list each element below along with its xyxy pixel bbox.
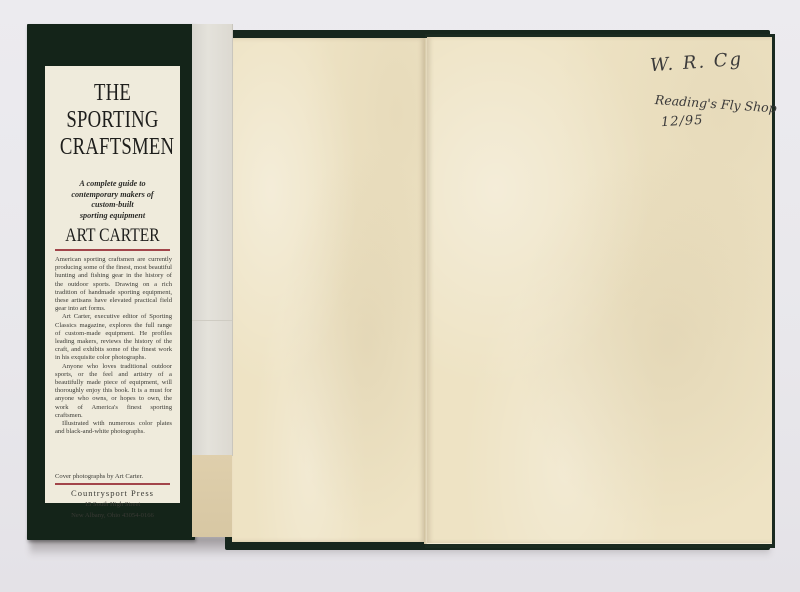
divider-rule <box>55 249 170 251</box>
sleeve-lower-section <box>192 455 232 537</box>
inscription-date: 12/95 <box>661 113 704 130</box>
divider-rule <box>55 483 170 485</box>
description-paragraph: Art Carter, executive editor of Sporting… <box>55 313 172 362</box>
publisher-address-street: 15 South High Street <box>45 501 180 508</box>
title-line: SPORTING <box>60 107 165 134</box>
subtitle-line: contemporary makers of <box>45 190 180 201</box>
book-subtitle: A complete guide to contemporary makers … <box>45 179 180 221</box>
publisher-address-city: New Albany, Ohio 43054-0166 <box>45 512 180 519</box>
book-title: THE SPORTING CRAFTSMEN <box>60 80 165 161</box>
title-line: THE <box>60 80 165 107</box>
jacket-flap-panel: THE SPORTING CRAFTSMEN A complete guide … <box>45 66 180 503</box>
subtitle-line: A complete guide to <box>45 179 180 190</box>
sleeve-fold-line <box>192 320 232 321</box>
publisher-name: Countrysport Press <box>45 488 180 498</box>
title-line: CRAFTSMEN <box>60 134 165 161</box>
sleeve-showthrough-text <box>196 175 230 245</box>
right-endpaper <box>427 37 772 543</box>
subtitle-line: sporting equipment <box>45 211 180 222</box>
flap-description: American sporting craftsmen are currentl… <box>55 256 172 436</box>
description-paragraph: Illustrated with numerous color plates a… <box>55 420 172 436</box>
cover-credit: Cover photographs by Art Carter. <box>55 473 172 480</box>
subtitle-line: custom-built <box>45 200 180 211</box>
description-paragraph: American sporting craftsmen are currentl… <box>55 256 172 313</box>
description-paragraph: Anyone who loves traditional outdoor spo… <box>55 363 172 420</box>
book-author: ART CARTER <box>57 226 168 246</box>
left-endpaper <box>232 38 425 542</box>
